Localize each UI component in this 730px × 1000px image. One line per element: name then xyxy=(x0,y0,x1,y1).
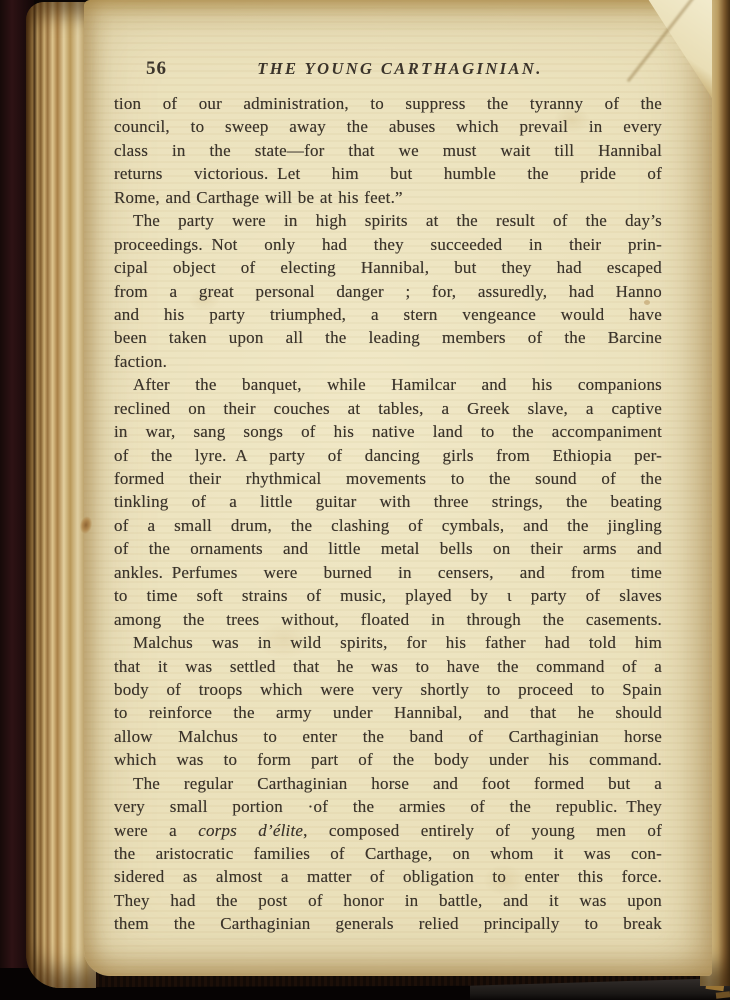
text-line: Rome, and Carthage will be at his feet.” xyxy=(114,186,662,209)
text-line: and his party triumphed, a stern vengean… xyxy=(114,303,662,326)
text-line: class in the state—for that we must wait… xyxy=(114,139,662,162)
text-line: Malchus was in wild spirits, for his fat… xyxy=(114,631,662,654)
book-scan-photo: 56 THE YOUNG CARTHAGINIAN. tion of our a… xyxy=(0,0,730,1000)
text-line: among the trees without, floated in thro… xyxy=(114,608,662,631)
text-line: proceedings. Not only had they succeeded… xyxy=(114,233,662,256)
text-segment: , composed entirely of young men of xyxy=(303,821,662,840)
body-text: tion of our administration, to suppress … xyxy=(114,92,662,936)
text-line: very small portion ·of the armies of the… xyxy=(114,795,662,818)
text-line: formed their rhythmical movements to the… xyxy=(114,467,662,490)
text-line: body of troops which were very shortly t… xyxy=(114,678,662,701)
text-line: The party were in high spirits at the re… xyxy=(114,209,662,232)
text-line: allow Malchus to enter the band of Carth… xyxy=(114,725,662,748)
text-line: of the ornaments and little metal bells … xyxy=(114,537,662,560)
text-line: from a great personal danger ; for, assu… xyxy=(114,280,662,303)
text-line: reclined on their couches at tables, a G… xyxy=(114,397,662,420)
italic-phrase: corps d’élite xyxy=(198,821,303,840)
text-line: council, to sweep away the abuses which … xyxy=(114,115,662,138)
text-line: faction. xyxy=(114,350,662,373)
text-line: They had the post of honor in battle, an… xyxy=(114,889,662,912)
text-line: tion of our administration, to suppress … xyxy=(114,92,662,115)
text-line: cipal object of electing Hannibal, but t… xyxy=(114,256,662,279)
text-line: to time soft strains of music, played by… xyxy=(114,584,662,607)
page-header: 56 THE YOUNG CARTHAGINIAN. xyxy=(114,58,662,82)
text-line: were a corps d’élite, composed entirely … xyxy=(114,819,662,842)
text-segment: were a xyxy=(114,821,198,840)
text-line: returns victorious. Let him but humble t… xyxy=(114,162,662,185)
text-line: of a small drum, the clashing of cymbals… xyxy=(114,514,662,537)
text-line: in war, sang songs of his native land to… xyxy=(114,420,662,443)
text-line: sidered as almost a matter of obligation… xyxy=(114,865,662,888)
running-title: THE YOUNG CARTHAGINIAN. xyxy=(114,59,662,79)
text-line: which was to form part of the body under… xyxy=(114,748,662,771)
text-line: After the banquet, while Hamilcar and hi… xyxy=(114,373,662,396)
text-line: them the Carthaginian generals relied pr… xyxy=(114,912,662,935)
text-line: The regular Carthaginian horse and foot … xyxy=(114,772,662,795)
text-line: that it was settled that he was to have … xyxy=(114,655,662,678)
text-line: tinkling of a little guitar with three s… xyxy=(114,490,662,513)
text-line: to reinforce the army under Hannibal, an… xyxy=(114,701,662,724)
text-line: the aristocratic families of Carthage, o… xyxy=(114,842,662,865)
page-corner-curl xyxy=(616,0,712,98)
book-page: 56 THE YOUNG CARTHAGINIAN. tion of our a… xyxy=(84,0,712,976)
text-line: been taken upon all the leading members … xyxy=(114,326,662,349)
text-line: ankles. Perfumes were burned in censers,… xyxy=(114,561,662,584)
text-line: of the lyre. A party of dancing girls fr… xyxy=(114,444,662,467)
